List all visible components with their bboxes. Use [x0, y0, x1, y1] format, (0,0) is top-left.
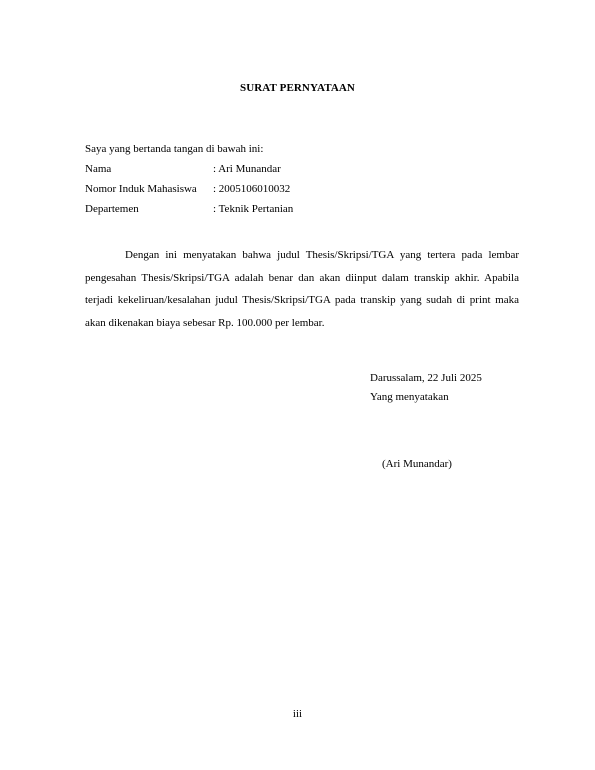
document-title: SURAT PERNYATAAN — [0, 82, 595, 94]
place-date: Darussalam, 22 Juli 2025 — [370, 372, 482, 384]
field-value: : 2005106010032 — [213, 183, 290, 195]
intro-text: Saya yang bertanda tangan di bawah ini: — [85, 143, 263, 155]
field-label: Nama — [85, 163, 111, 175]
statement-paragraph: Dengan ini menyatakan bahwa judul Thesis… — [85, 244, 519, 334]
page-number: iii — [0, 708, 595, 720]
closing-text: Yang menyatakan — [370, 391, 449, 403]
field-value: : Teknik Pertanian — [213, 203, 293, 215]
field-label: Departemen — [85, 203, 139, 215]
signatory-name: (Ari Munandar) — [382, 458, 452, 470]
field-label: Nomor Induk Mahasiswa — [85, 183, 197, 195]
field-value: : Ari Munandar — [213, 163, 281, 175]
